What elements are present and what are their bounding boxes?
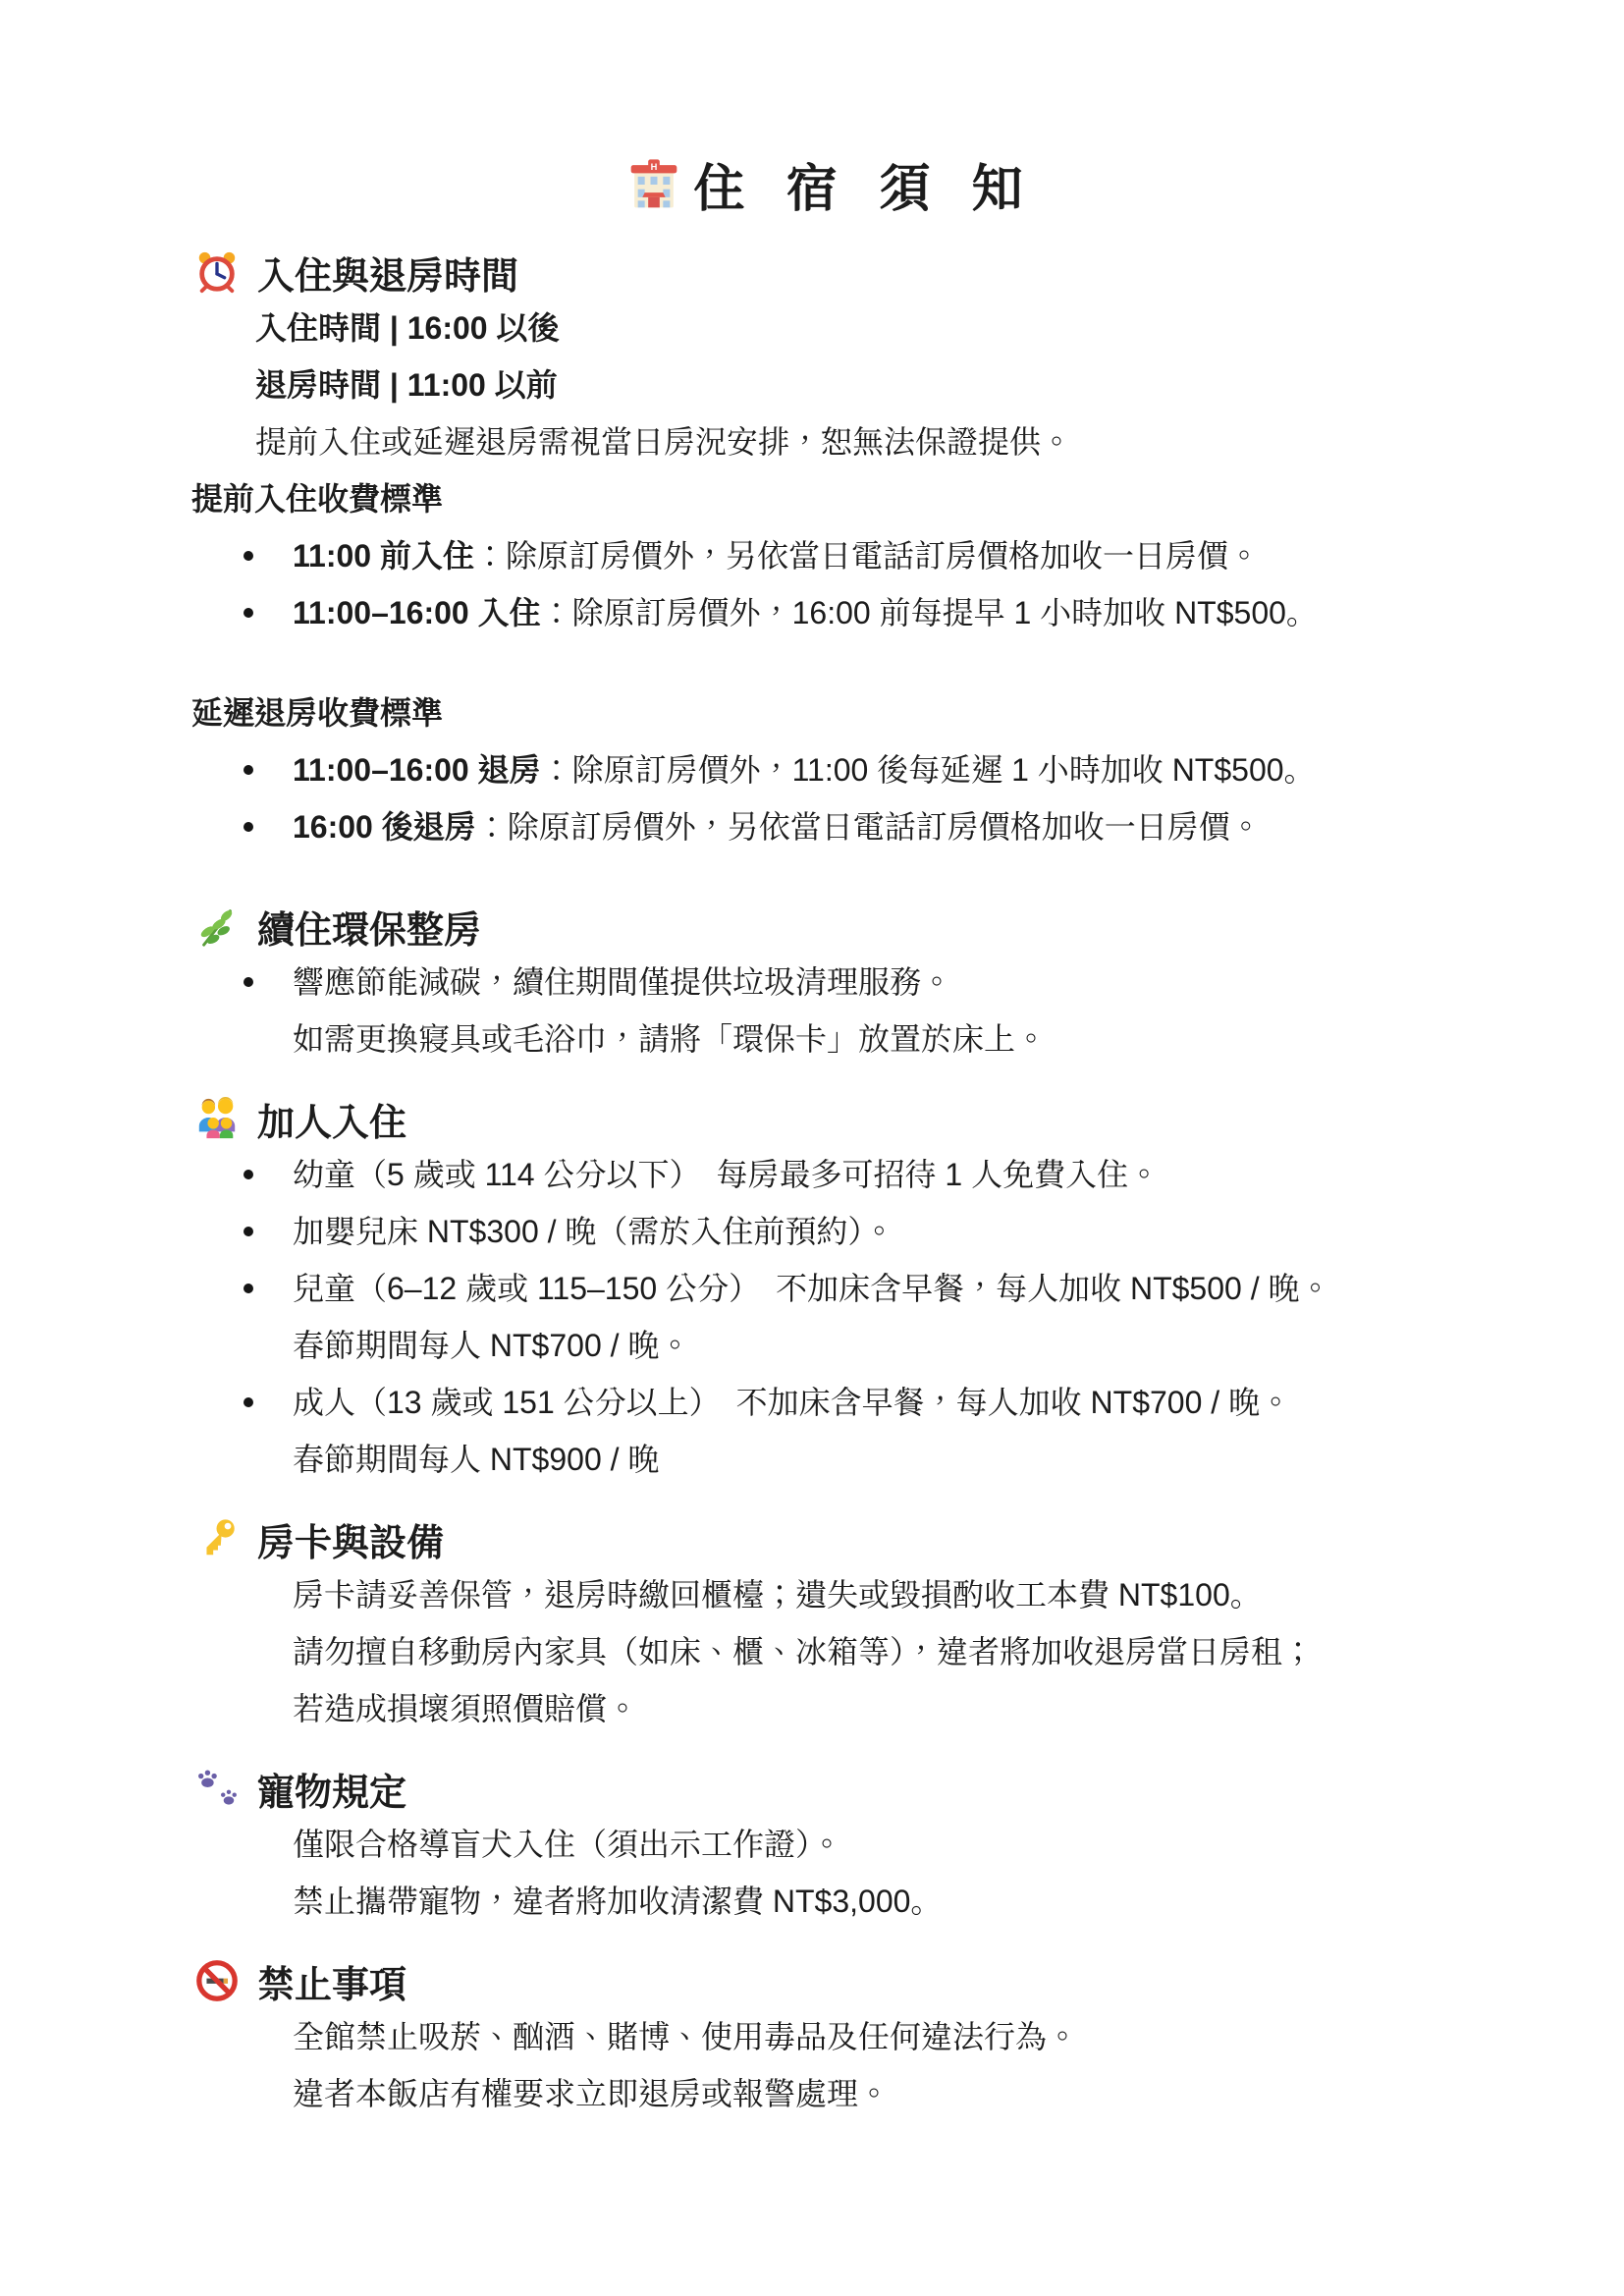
list-item-text: ：除原訂房價外，另依當日電話訂房價格加收一日房價。 xyxy=(476,809,1262,845)
family-icon xyxy=(194,1096,240,1141)
hotel-icon: H xyxy=(626,157,681,212)
list-item: 響應節能減碳，續住期間僅提供垃圾清理服務。 xyxy=(293,954,1477,1011)
svg-text:H: H xyxy=(651,161,658,171)
section-prohibited: 禁止事項 全館禁止吸菸、酗酒、賭博、使用毒品及任何違法行為。 違者本飯店有權要求… xyxy=(187,1953,1477,2122)
section-title: 房卡與設備 xyxy=(257,1512,444,1566)
list-item-lead: 16:00 後退房 xyxy=(293,809,476,845)
section-heading-row: 禁止事項 xyxy=(194,1953,1477,2008)
alarm-clock-icon xyxy=(194,249,240,295)
list-item-lead: 11:00 前入住 xyxy=(293,538,474,574)
paragraph-line: 違者本飯店有權要求立即退房或報警處理。 xyxy=(293,2065,1477,2122)
list-item-text: ：除原訂房價外，11:00 後每延遲 1 小時加收 NT$500。 xyxy=(541,752,1316,788)
section-heading-row: 寵物規定 xyxy=(194,1761,1477,1816)
section-title: 加人入住 xyxy=(257,1092,406,1146)
eco-stay-list: 響應節能減碳，續住期間僅提供垃圾清理服務。 如需更換寢具或毛浴巾，請將「環保卡」… xyxy=(187,954,1477,1067)
section-heading-row: 房卡與設備 xyxy=(194,1511,1477,1566)
section-extra-guests: 加人入住 幼童（5 歲或 114 公分以下） 每房最多可招待 1 人免費入住。 … xyxy=(187,1091,1477,1488)
list-item-continuation: 如需更換寢具或毛浴巾，請將「環保卡」放置於床上。 xyxy=(293,1011,1477,1067)
key-icon xyxy=(194,1516,240,1561)
list-item: 11:00–16:00 入住：除原訂房價外，16:00 前每提早 1 小時加收 … xyxy=(293,584,1477,641)
early-checkin-fee-subheading: 提前入住收費標準 xyxy=(191,470,1477,527)
section-title: 續住環保整房 xyxy=(257,900,481,954)
paragraph-line: 若造成損壞須照價賠償。 xyxy=(293,1680,1477,1737)
section-title: 禁止事項 xyxy=(257,1954,406,2008)
list-item-text: ：除原訂房價外，另依當日電話訂房價格加收一日房價。 xyxy=(474,538,1260,574)
list-item-text: ：除原訂房價外，16:00 前每提早 1 小時加收 NT$500。 xyxy=(541,595,1318,630)
paragraph-line: 僅限合格導盲犬入住（須出示工作證）。 xyxy=(293,1816,1477,1873)
accommodation-notice-page: H 住 宿 須 知 入住與退房時間 入住時 xyxy=(0,0,1624,2296)
list-item: 成人（13 歲或 151 公分以上） 不加床含早餐，每人加收 NT$700 / … xyxy=(293,1374,1477,1431)
checkin-time-line: 入住時間 | 16:00 以後 xyxy=(255,300,1477,356)
section-heading-row: 續住環保整房 xyxy=(194,899,1477,954)
section-heading-row: 加人入住 xyxy=(194,1091,1477,1146)
section-room-card: 房卡與設備 房卡請妥善保管，退房時繳回櫃檯；遺失或毀損酌收工本費 NT$100。… xyxy=(187,1511,1477,1737)
section-title: 入住與退房時間 xyxy=(257,246,518,300)
early-checkin-fee-list: 11:00 前入住：除原訂房價外，另依當日電話訂房價格加收一日房價。 11:00… xyxy=(187,527,1477,641)
section-title: 寵物規定 xyxy=(257,1762,406,1816)
page-title-row: H 住 宿 須 知 xyxy=(187,147,1477,221)
checkout-time-line: 退房時間 | 11:00 以前 xyxy=(255,356,1477,413)
list-item-continuation: 春節期間每人 NT$900 / 晚 xyxy=(293,1431,1477,1488)
paw-prints-icon xyxy=(194,1766,240,1811)
page-title: 住 宿 須 知 xyxy=(693,147,1036,221)
list-item-lead: 11:00–16:00 退房 xyxy=(293,752,541,788)
late-checkout-fee-subheading: 延遲退房收費標準 xyxy=(191,684,1477,741)
paragraph-line: 房卡請妥善保管，退房時繳回櫃檯；遺失或毀損酌收工本費 NT$100。 xyxy=(293,1566,1477,1623)
section-eco-stay: 續住環保整房 響應節能減碳，續住期間僅提供垃圾清理服務。 如需更換寢具或毛浴巾，… xyxy=(187,899,1477,1067)
list-item: 兒童（6–12 歲或 115–150 公分） 不加床含早餐，每人加收 NT$50… xyxy=(293,1260,1477,1317)
list-item: 幼童（5 歲或 114 公分以下） 每房最多可招待 1 人免費入住。 xyxy=(293,1146,1477,1203)
availability-note: 提前入住或延遲退房需視當日房況安排，恕無法保證提供。 xyxy=(255,413,1477,470)
list-item: 11:00 前入住：除原訂房價外，另依當日電話訂房價格加收一日房價。 xyxy=(293,527,1477,584)
herb-icon xyxy=(194,903,240,949)
section-pets: 寵物規定 僅限合格導盲犬入住（須出示工作證）。 禁止攜帶寵物，違者將加收清潔費 … xyxy=(187,1761,1477,1930)
section-heading-row: 入住與退房時間 xyxy=(194,245,1477,300)
no-smoking-icon xyxy=(194,1958,240,2003)
paragraph-line: 請勿擅自移動房內家具（如床、櫃、冰箱等），違者將加收退房當日房租； xyxy=(293,1623,1477,1680)
list-item-lead: 11:00–16:00 入住 xyxy=(293,595,541,630)
list-item-continuation: 春節期間每人 NT$700 / 晚。 xyxy=(293,1317,1477,1374)
extra-guests-list: 幼童（5 歲或 114 公分以下） 每房最多可招待 1 人免費入住。 加嬰兒床 … xyxy=(187,1146,1477,1488)
list-item: 11:00–16:00 退房：除原訂房價外，11:00 後每延遲 1 小時加收 … xyxy=(293,741,1477,798)
paragraph-line: 全館禁止吸菸、酗酒、賭博、使用毒品及任何違法行為。 xyxy=(293,2008,1477,2065)
late-checkout-fee-list: 11:00–16:00 退房：除原訂房價外，11:00 後每延遲 1 小時加收 … xyxy=(187,741,1477,855)
list-item: 加嬰兒床 NT$300 / 晚（需於入住前預約）。 xyxy=(293,1203,1477,1260)
section-checkin-checkout: 入住與退房時間 入住時間 | 16:00 以後 退房時間 | 11:00 以前 … xyxy=(187,245,1477,855)
list-item: 16:00 後退房：除原訂房價外，另依當日電話訂房價格加收一日房價。 xyxy=(293,798,1477,855)
paragraph-line: 禁止攜帶寵物，違者將加收清潔費 NT$3,000。 xyxy=(293,1873,1477,1930)
